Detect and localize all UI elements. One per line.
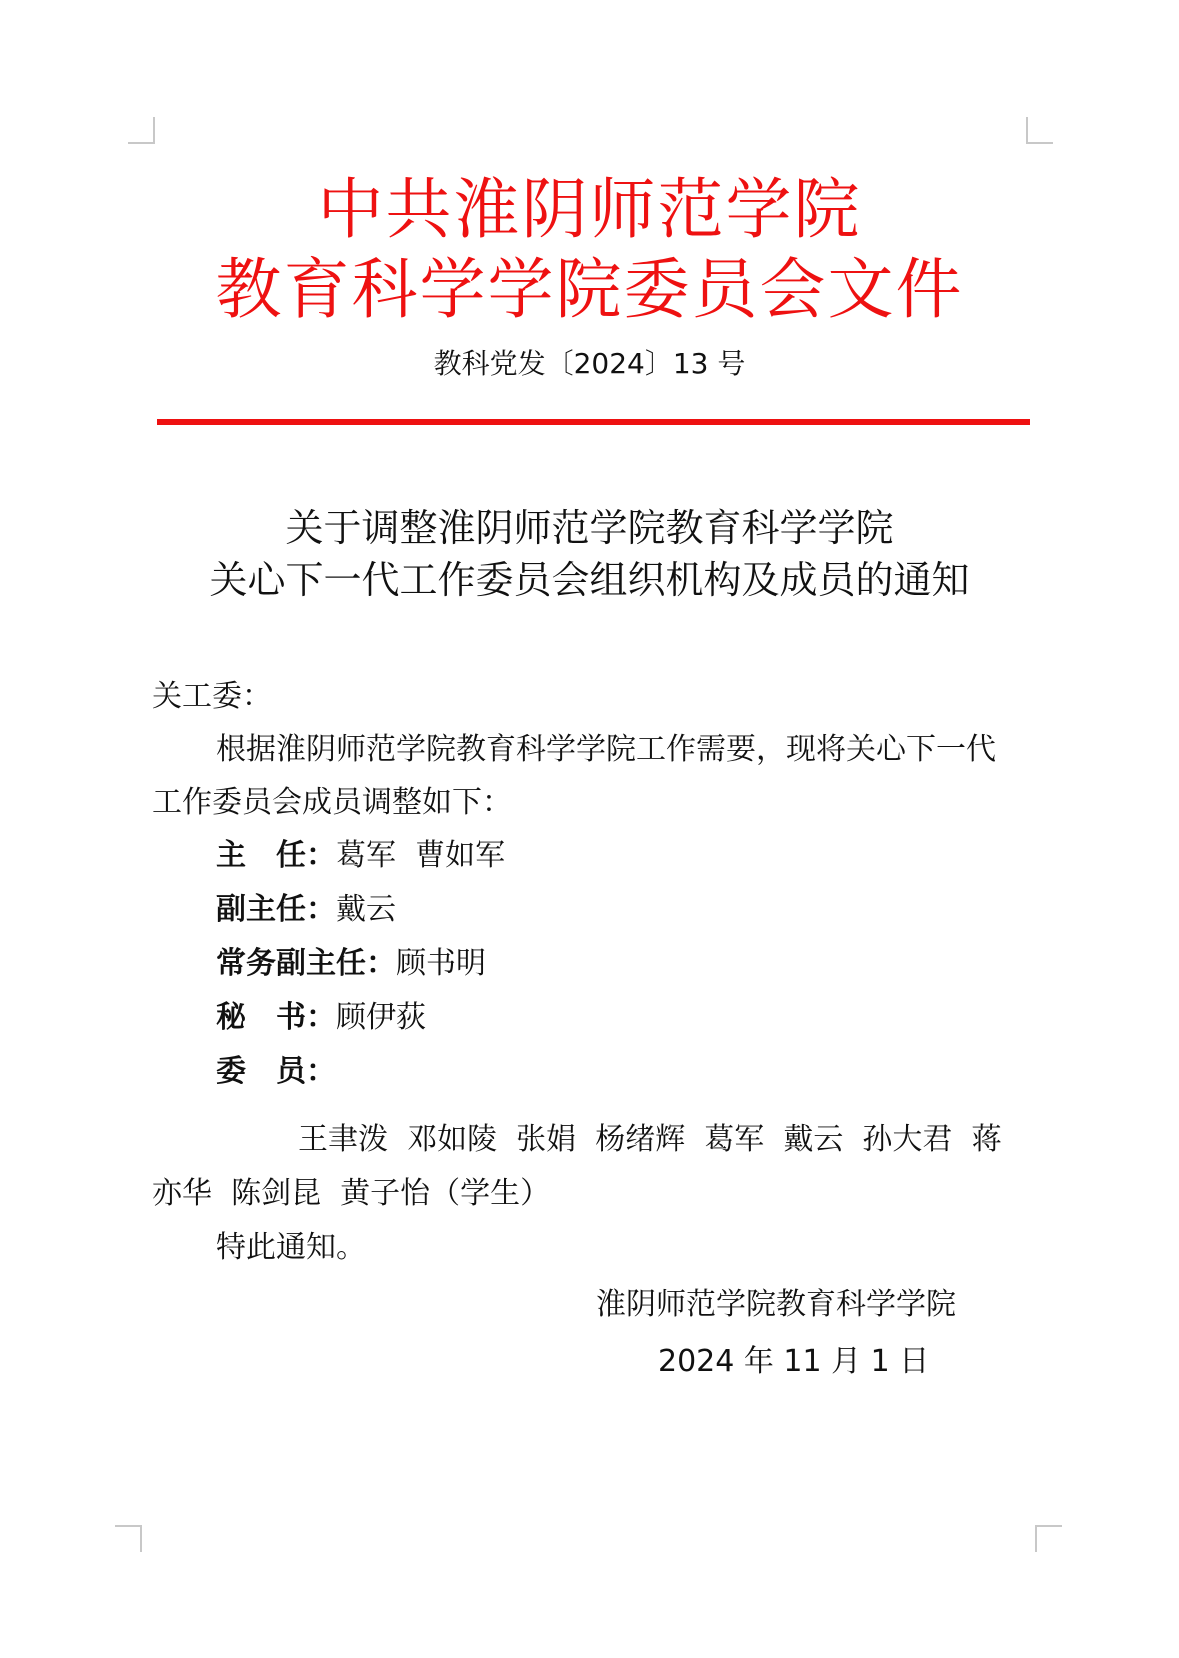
role-label-members-a: 委 xyxy=(216,1052,246,1092)
role-label-secretary-b: 书： xyxy=(276,998,336,1038)
role-label-deputy-director: 副主任： xyxy=(216,890,336,930)
intro-paragraph-line2: 工作委员会成员调整如下： xyxy=(152,783,512,823)
notice-title-line2: 关心下一代工作委员会组织机构及成员的通知 xyxy=(0,555,1179,605)
role-label-executive-deputy-director: 常务副主任： xyxy=(216,944,396,984)
role-row-executive-deputy-director: 常务副主任：顾书明 xyxy=(216,944,486,984)
role-label-director-a: 主 xyxy=(216,836,246,876)
issuer-title-line2: 教育科学学院委员会文件 xyxy=(0,250,1179,330)
role-row-deputy-director: 副主任：戴云 xyxy=(216,890,396,930)
signature-organization: 淮阴师范学院教育科学学院 xyxy=(596,1285,956,1325)
role-label-director-b: 任： xyxy=(276,836,336,876)
closing-remark: 特此通知。 xyxy=(216,1228,366,1268)
crop-mark-top-right xyxy=(1026,117,1053,144)
crop-mark-bottom-left xyxy=(115,1525,142,1552)
role-names-deputy-director: 戴云 xyxy=(336,890,396,930)
role-names-director: 葛军 曹如军 xyxy=(336,836,505,876)
crop-mark-top-left xyxy=(128,117,155,144)
notice-title-line1: 关于调整淮阴师范学院教育科学学院 xyxy=(0,503,1179,553)
role-row-secretary: 秘书：顾伊荻 xyxy=(216,998,426,1038)
role-row-director: 主任：葛军 曹如军 xyxy=(216,836,505,876)
document-page: 中共淮阴师范学院 教育科学学院委员会文件 教科党发〔2024〕13 号 关于调整… xyxy=(0,0,1179,1658)
role-row-members: 委员： xyxy=(216,1052,336,1092)
salutation: 关工委： xyxy=(152,677,272,717)
role-label-secretary-a: 秘 xyxy=(216,998,246,1038)
document-number: 教科党发〔2024〕13 号 xyxy=(0,344,1179,384)
members-list-line2: 亦华 陈剑昆 黄子怡（学生） xyxy=(152,1174,550,1214)
role-names-secretary: 顾伊荻 xyxy=(336,998,426,1038)
issuer-title-line1: 中共淮阴师范学院 xyxy=(0,170,1179,250)
signature-date: 2024 年 11 月 1 日 xyxy=(658,1342,929,1382)
role-names-executive-deputy-director: 顾书明 xyxy=(396,944,486,984)
red-separator-line xyxy=(157,419,1030,425)
intro-paragraph-line1: 根据淮阴师范学院教育科学学院工作需要，现将关心下一代 xyxy=(216,730,996,770)
members-list-line1: 王聿泼 邓如陵 张娟 杨绪辉 葛军 戴云 孙大君 蒋 xyxy=(298,1120,1002,1160)
crop-mark-bottom-right xyxy=(1035,1525,1062,1552)
role-label-members-b: 员： xyxy=(276,1052,336,1092)
